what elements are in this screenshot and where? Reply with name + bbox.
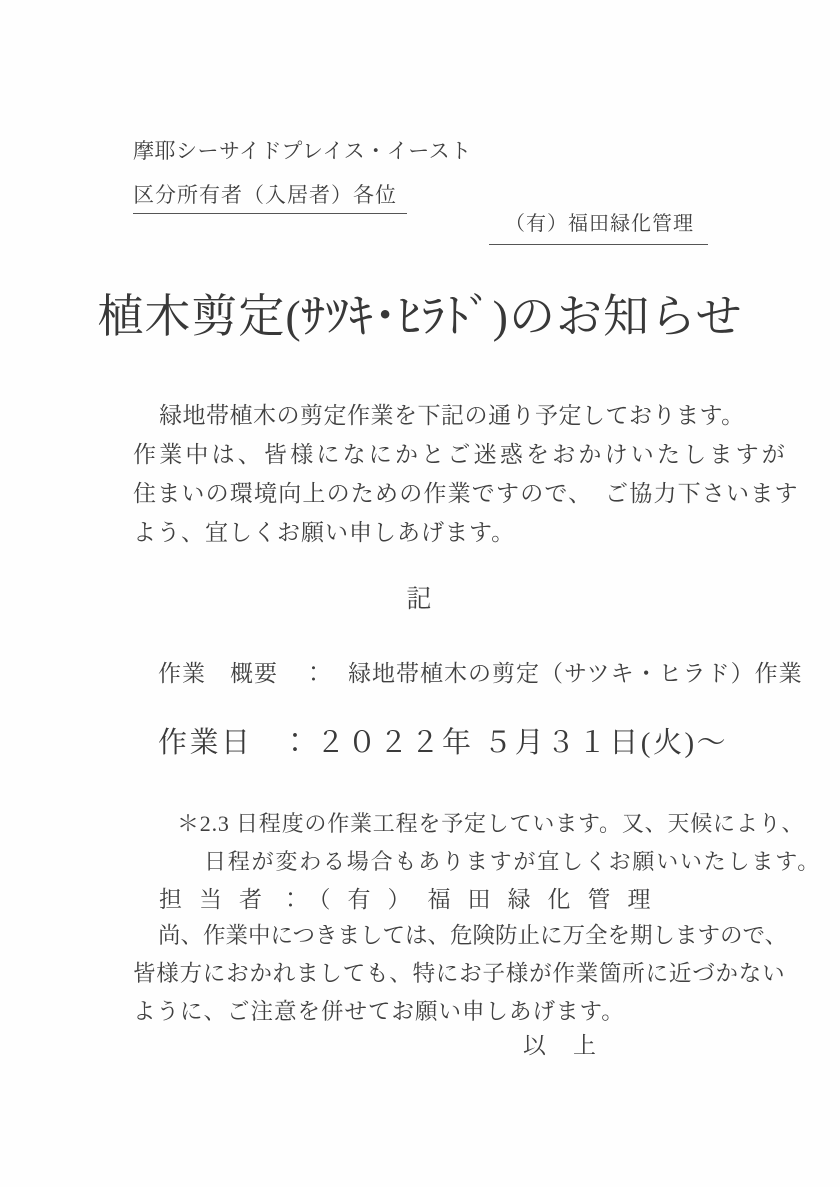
work-overview-value: 緑地帯植木の剪定（サツキ・ヒラド）作業 [348,661,803,686]
work-date-label: 作業日 [158,727,253,759]
intro-line-3: 住まいの環境向上のための作業ですので、 ご協力下さいます [133,474,799,513]
intro-line-2: 作業中は、皆様になにかとご迷惑をおかけいたしますが [133,435,799,474]
caution-line-1: 尚、作業中につきましては、危険防止に万全を期しますので、 [158,921,787,951]
sender-company-name: （有）福田緑化管理 [489,211,708,245]
notice-title: 植木剪定(ｻﾂｷ･ﾋﾗﾄﾞ)のお知らせ [0,286,840,348]
schedule-note-line-1: ＊2.3 日程度の作業工程を予定しています。又、天候により、 [177,809,804,839]
scanned-notice-document: 摩耶シーサイドプレイス・イースト 区分所有者（入居者）各位 （有）福田緑化管理 … [0,0,840,1187]
closing-marker: 以 上 [523,1030,598,1061]
work-overview-label: 作業 概要 ： [158,661,326,686]
caution-line-3: ように、ご注意を併せてお願い申しあげます。 [133,997,625,1027]
recipient-building-name: 摩耶シーサイドプレイス・イースト [133,137,472,165]
contact-person-line: 担当者：（有）福田緑化管理 [159,884,668,915]
work-date-row: 作業日：２０２２年 ５月３１日(火)～ [158,724,728,763]
intro-line-1: 緑地帯植木の剪定作業を下記の通り予定しております。 [133,396,799,435]
recipient-addressee-line: 区分所有者（入居者）各位 [133,181,407,214]
intro-line-4: よう、宜しくお願い申しあげます。 [133,513,799,552]
work-overview-row: 作業 概要 ：緑地帯植木の剪定（サツキ・ヒラド）作業 [158,658,803,689]
schedule-note-line-2: 日程が変わる場合もありますが宜しくお願いいたします。 [204,847,821,877]
caution-line-2: 皆様方におかれましても、特にお子様が作業箇所に近づかない [133,959,785,989]
work-date-colon: ： [281,727,313,759]
intro-paragraph: 緑地帯植木の剪定作業を下記の通り予定しております。 作業中は、皆様になにかとご迷… [133,396,799,552]
record-marker: 記 [0,583,840,617]
work-date-value: ２０２２年 ５月３１日(火)～ [316,727,728,759]
